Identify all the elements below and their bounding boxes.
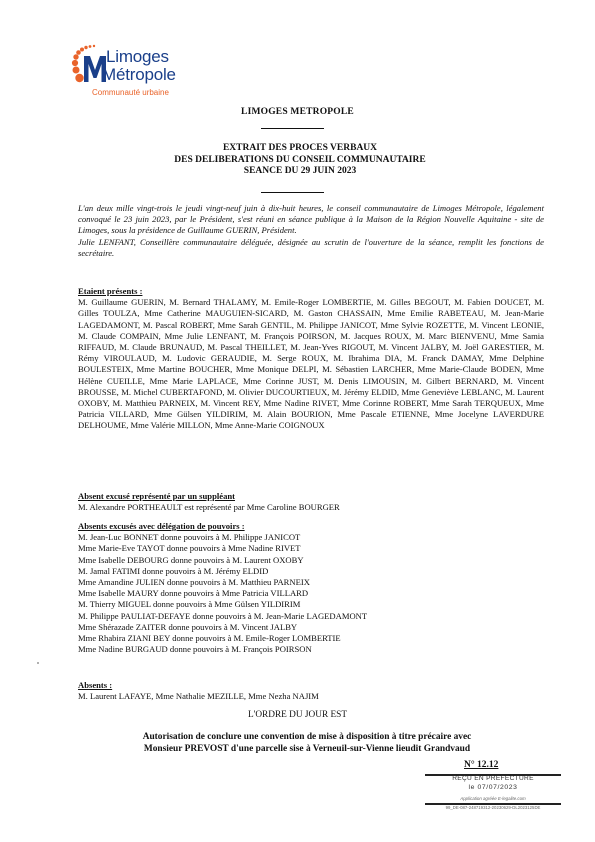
secretary-paragraph: Julie LENFANT, Conseillère communautaire… <box>78 237 544 259</box>
document-title: EXTRAIT DES PROCES VERBAUX DES DELIBERAT… <box>0 143 595 178</box>
limoges-metropole-logo: Limoges Métropole Communauté urbaine <box>64 42 184 102</box>
subject-line-1: Autorisation de conclure une convention … <box>0 731 595 743</box>
suppleant-section: Absent excusé représenté par un suppléan… <box>78 491 544 513</box>
delegation-item: Mme Nadine BURGAUD donne pouvoirs à M. F… <box>78 644 544 655</box>
delegation-item: M. Jamal FATIMI donne pouvoirs à M. Jéré… <box>78 566 544 577</box>
suppleant-text: M. Alexandre PORTHEAULT est représenté p… <box>78 502 544 513</box>
delegation-item: M. Thierry MIGUEL donne pouvoirs à Mme G… <box>78 599 544 610</box>
deliberation-subject: Autorisation de conclure une convention … <box>0 731 595 755</box>
divider <box>261 128 324 129</box>
presents-heading: Etaient présents : <box>78 286 544 297</box>
logo-line2: Métropole <box>102 65 176 85</box>
organization-heading: LIMOGES METROPOLE <box>0 107 595 117</box>
stamp-reference: 99_DE-087-248719312-20230629-DL2023125DE <box>425 805 561 810</box>
delegation-item: Mme Marie-Eve TAYOT donne pouvoirs à Mme… <box>78 543 544 554</box>
absents-heading: Absents : <box>78 680 544 691</box>
agenda-label: L'ORDRE DU JOUR EST <box>0 710 595 720</box>
divider <box>261 192 324 193</box>
absents-section: Absents : M. Laurent LAFAYE, Mme Nathali… <box>78 680 544 702</box>
session-intro: L'an deux mille vingt-trois le jeudi vin… <box>78 203 544 259</box>
suppleant-heading: Absent excusé représenté par un suppléan… <box>78 491 544 502</box>
stamp-application: Application agréée E-legalite.com <box>425 796 561 801</box>
delegation-item: M. Philippe PAULIAT-DEFAYE donne pouvoir… <box>78 611 544 622</box>
presents-section: Etaient présents : M. Guillaume GUERIN, … <box>78 286 544 432</box>
delegation-item: Mme Shérazade ZAITER donne pouvoirs à M.… <box>78 622 544 633</box>
title-line-1: EXTRAIT DES PROCES VERBAUX <box>0 143 595 155</box>
absents-text: M. Laurent LAFAYE, Mme Nathalie MEZILLE,… <box>78 691 544 702</box>
title-line-3: SEANCE DU 29 JUIN 2023 <box>0 166 595 178</box>
delegations-section: Absents excusés avec délégation de pouvo… <box>78 521 544 655</box>
title-line-2: DES DELIBERATIONS DU CONSEIL COMMUNAUTAI… <box>0 155 595 167</box>
delegation-item: Mme Isabelle DEBOURG donne pouvoirs à M.… <box>78 555 544 566</box>
delegation-item: Mme Amandine JULIEN donne pouvoirs à M. … <box>78 577 544 588</box>
delegation-item: Mme Rhabira ZIANI BEY donne pouvoirs à M… <box>78 633 544 644</box>
delegation-item: M. Jean-Luc BONNET donne pouvoirs à M. P… <box>78 532 544 543</box>
presents-list: M. Guillaume GUERIN, M. Bernard THALAMY,… <box>78 297 544 431</box>
stamp-date: le 07/07/2023 <box>425 784 561 791</box>
intro-paragraph: L'an deux mille vingt-trois le jeudi vin… <box>78 203 544 237</box>
logo-line1: Limoges <box>106 47 169 67</box>
deliberation-number: N° 12.12 <box>464 760 498 770</box>
stamp-received: REÇU EN PREFECTURE <box>425 775 561 782</box>
scan-speck <box>37 662 39 664</box>
prefecture-stamp: REÇU EN PREFECTURE le 07/07/2023 Applica… <box>425 774 561 796</box>
delegations-heading: Absents excusés avec délégation de pouvo… <box>78 521 544 532</box>
logo-tagline: Communauté urbaine <box>92 88 169 97</box>
subject-line-2: Monsieur PREVOST d'une parcelle sise à V… <box>0 743 595 755</box>
delegation-item: Mme Isabelle MAURY donne pouvoirs à Mme … <box>78 588 544 599</box>
